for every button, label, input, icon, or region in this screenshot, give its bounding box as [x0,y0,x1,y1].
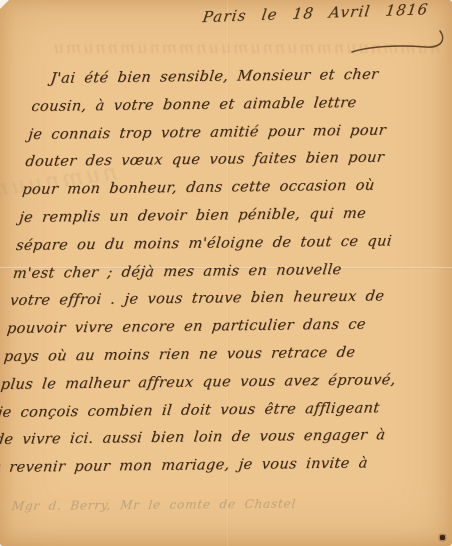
dateline: Paris le 18 Avril 1816 [201,0,443,26]
body-line: y revenir pour mon mariage, je vous invi… [0,450,398,483]
body-line: plus le malheur affreux que vous avez ép… [0,367,407,400]
ink-spot [440,535,445,540]
paper-corner-cut [0,0,9,9]
pen-flourish [348,30,448,62]
letter-paper: nummnuunmmunnumuunmmnumnnumuumnnumnnuumn… [0,0,452,546]
pencil-annotation: Mgr d. Berry, Mr le comte de Chastel [11,497,293,513]
letter-body: J'ai été bien sensible, Monsieur et cher… [0,61,441,483]
body-line: sépare ou du moins m'éloigne de tout ce … [14,228,422,261]
